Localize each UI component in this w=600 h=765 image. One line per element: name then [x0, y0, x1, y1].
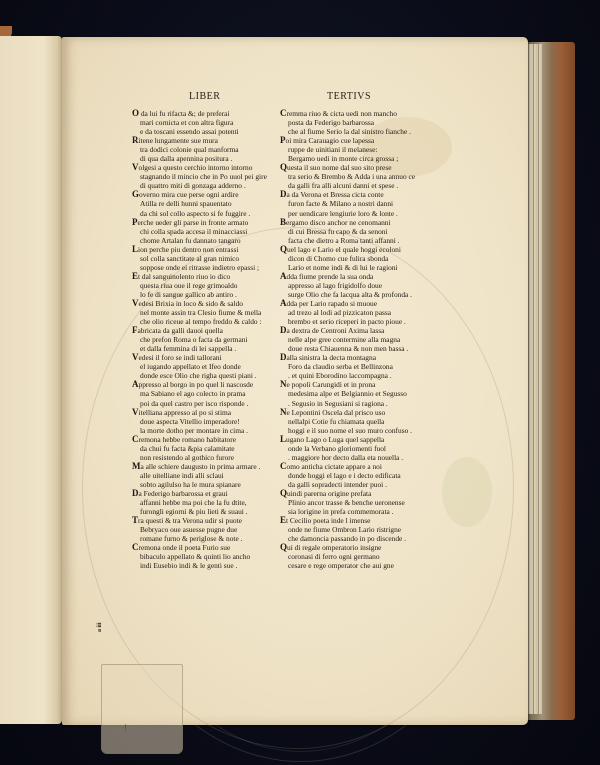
verse-line: Bebryaco oue asuesse pugne due: [132, 525, 267, 534]
verse-line: Cremona onde il poeta Furio sue: [132, 543, 267, 552]
verse-line: che olio riceue al tempo freddo & caldo …: [132, 317, 267, 326]
verse-line: Ne Lepontini Oscela dal prisco uso: [280, 408, 415, 417]
verse-line: Plinio ancor trasse & benche ueronense: [280, 498, 415, 507]
left-page-edge: [0, 36, 62, 724]
verse-line: furongli egiorni & piu lieti & suaui .: [132, 507, 267, 516]
verse-line: chi colla spada accesa il minacciassi: [132, 227, 267, 236]
verse-line: el iugando appellato et Ifeo donde: [132, 362, 267, 371]
verse-line: Vedesi il foro se indi tallorani: [132, 353, 267, 362]
verse-line: questa riua oue il rege grimoaldo: [132, 281, 267, 290]
verse-line: Atilla re delli hunni spauentato: [132, 199, 267, 208]
verse-line: e da toscani essendo assai potenti: [132, 127, 267, 136]
verse-line: Quel lago e Lario el quale hoggi ecoloni: [280, 245, 415, 254]
verse-line: Poi mira Carauagio cue lapessa: [280, 136, 415, 145]
verse-line: O da lui fu rifacta &; de preferai: [132, 109, 267, 118]
verse-line: Lario et nome indi & di lui le ragioni: [280, 263, 415, 272]
verse-line: affanni hebbe ma poi che la fu dtite,: [132, 498, 267, 507]
verse-line: Appresso al borgo in po quel li nascosde: [132, 380, 267, 389]
verse-line: Da da Verona et Bressa cicta conte: [280, 190, 415, 199]
verse-line: mari cornicta et con altra figura: [132, 118, 267, 127]
verse-line: brembo et serio riceperi in pacto pioue …: [280, 317, 415, 326]
verse-line: Ritene lungamente sue mura: [132, 136, 267, 145]
book-page: LIBER TERTIVS O da lui fu rifacta &; de …: [62, 37, 528, 725]
verse-line: Et Cecilio poeta inde l imense: [280, 516, 415, 525]
verse-line: posta da Federigo barbarossa: [280, 118, 415, 127]
verse-line: alle uitelliane indi alli sclaui: [132, 471, 267, 480]
verse-line: sia lorigine in prefa commemorata .: [280, 507, 415, 516]
verse-line: Volgesi a questo cerchio intorno intorno: [132, 163, 267, 172]
verse-line: stagnando il mincio che in Po uuol pei g…: [132, 172, 267, 181]
verse-line: non resistendo al gothico furore: [132, 453, 267, 462]
verse-line: Da Federigo barbarossa et graui: [132, 489, 267, 498]
verse-line: onde ne fiume Ombron Lario ristrigne: [280, 525, 415, 534]
verse-line: Et dal sanguinolento riuo io dico: [132, 272, 267, 281]
verse-line: di cui Bressa fu capo & da senoni: [280, 227, 415, 236]
verse-line: soppose onde ei ritrasse indietro epassi…: [132, 263, 267, 272]
verse-line: che prefon Roma o facta da germani: [132, 335, 267, 344]
text-column-right: Cremma riuo & cicta uedi non manchoposta…: [280, 109, 415, 570]
verse-line: che damoncia passando in po discende .: [280, 534, 415, 543]
verse-line: da chui fu facta &pia calamitate: [132, 444, 267, 453]
verse-line: Lugano Lago o Luga quel sappella: [280, 435, 415, 444]
verse-line: lo fe di sangue gallico ab antiro .: [132, 290, 267, 299]
verse-line: Lion perche piu dentro non entrassi: [132, 245, 267, 254]
verse-line: nelle alpe gree contermine alla magna: [280, 335, 415, 344]
verse-line: la morte dotho per montare in cima .: [132, 426, 267, 435]
verse-line: Adda per Lario rapado si muoue: [280, 299, 415, 308]
verse-line: Tra questi & tra Verona udir si puote: [132, 516, 267, 525]
verse-line: appresso al lago frigidolfo doue: [280, 281, 415, 290]
verse-line: . maggiore hor decto dalla eta nouella .: [280, 453, 415, 462]
verse-line: ma Sabiano el ago colecto in prama: [132, 389, 267, 398]
verse-line: Fabricata da galli dauoi quella: [132, 326, 267, 335]
verse-line: medesima alpe et Belgiannio et Segusso: [280, 389, 415, 398]
verse-line: sol colla sanctitate al gran nimico: [132, 254, 267, 263]
verse-line: donde hoggi el lago e i decto edificata: [280, 471, 415, 480]
foxing-stain: [442, 457, 492, 527]
page-stack-edges: [526, 44, 542, 714]
verse-line: sobto agilulso ha le mura spianare: [132, 480, 267, 489]
verse-line: facta che dietro a Roma tanti affanni .: [280, 236, 415, 245]
verse-line: ruppe de uinitiani il melanese:: [280, 145, 415, 154]
verse-line: da galli sopradecti intender puoi .: [280, 480, 415, 489]
verse-line: di qua dalla apennina positura .: [132, 154, 267, 163]
verse-line: dicon di Chomo cue fulira sbonda: [280, 254, 415, 263]
verse-line: furon facte & Milano a nostri danni: [280, 199, 415, 208]
verse-line: Governo mira cue perse ogni ardire: [132, 190, 267, 199]
verse-line: . Segusio in Segusiani si ragiona .: [280, 399, 415, 408]
verse-line: Bergamo uedi in monte circa grossa ;: [280, 154, 415, 163]
verse-line: Qui di regale omperatorio insigne: [280, 543, 415, 552]
verse-line: coronasi di ferro ogni germano: [280, 552, 415, 561]
verse-line: Ne popoli Carungidi et in prona: [280, 380, 415, 389]
verse-line: chome Artalan fu dannato tangaro: [132, 236, 267, 245]
verse-line: Dalla sinistra la decta montagna: [280, 353, 415, 362]
verse-line: Bergamo disco anchor ne cenomanni: [280, 218, 415, 227]
verse-line: bibaculo appellato & quinti lio ancho: [132, 552, 267, 561]
verse-line: et dalla femmina di lei sappella .: [132, 344, 267, 353]
text-column-left: O da lui fu rifacta &; de preferaimari c…: [132, 109, 267, 570]
verse-line: doue aspecta Vitellio imperadore!: [132, 417, 267, 426]
verse-line: hoggi e il suo nome el suo muro confuso …: [280, 426, 415, 435]
verse-line: Vedesi Brixia in loco & sido & saldo: [132, 299, 267, 308]
verse-line: Como anticha cictate appare a noi: [280, 462, 415, 471]
verse-line: Vitelliana appresso al po si stima: [132, 408, 267, 417]
running-head-right: TERTIVS: [327, 91, 371, 102]
verse-line: doue resta Chiauenna & non men bassa .: [280, 344, 415, 353]
signature-mark: a iii: [97, 622, 103, 632]
inserted-paper-slip: !: [101, 664, 183, 754]
verse-line: Perche ueder gli parse in fronte armato: [132, 218, 267, 227]
verse-line: nel monte assin tra Clesio fiume & mella: [132, 308, 267, 317]
verse-line: Foro da claudio serba et Bellinzona: [280, 362, 415, 371]
verse-line: Ma alle schiere daugusto in prima armare…: [132, 462, 267, 471]
verse-line: ad trezo al lodi ad pizzicaton passa: [280, 308, 415, 317]
verse-line: surge Olio che fa lacqua alta & profonda…: [280, 290, 415, 299]
verse-line: Da dextra de Centroni Axima lassa: [280, 326, 415, 335]
slip-pencil-mark: !: [124, 723, 127, 733]
running-head-left: LIBER: [189, 91, 220, 102]
verse-line: cesare e rege omperator che aui gne: [280, 561, 415, 570]
verse-line: tra serio & Brembo & Adda i una annuo ce: [280, 172, 415, 181]
verse-line: nellalpi Cotie fu chiamata quella: [280, 417, 415, 426]
verse-line: Quindi parerna origine prefata: [280, 489, 415, 498]
verse-line: Cremona hebbe romano habitatore: [132, 435, 267, 444]
verse-line: per uendicare lengiurie loro & lonte .: [280, 209, 415, 218]
verse-line: romane furno & periglose & note .: [132, 534, 267, 543]
verse-line: indi Eusebio indi & le genti sue .: [132, 561, 267, 570]
verse-line: da chi sol collo aspecto si fe fuggire .: [132, 209, 267, 218]
verse-line: onde la Verbano gloriomenti fuol: [280, 444, 415, 453]
verse-line: che al fiume Serio la dal sinistro fianc…: [280, 127, 415, 136]
verse-line: Cremma riuo & cicta uedi non mancho: [280, 109, 415, 118]
verse-line: Adda fiume prende la sua onda: [280, 272, 415, 281]
verse-line: poi da quel castro per isco risponde .: [132, 399, 267, 408]
verse-line: tra dodici colonie qual manforma: [132, 145, 267, 154]
verse-line: Questa il suo nome dal suo sito prese: [280, 163, 415, 172]
